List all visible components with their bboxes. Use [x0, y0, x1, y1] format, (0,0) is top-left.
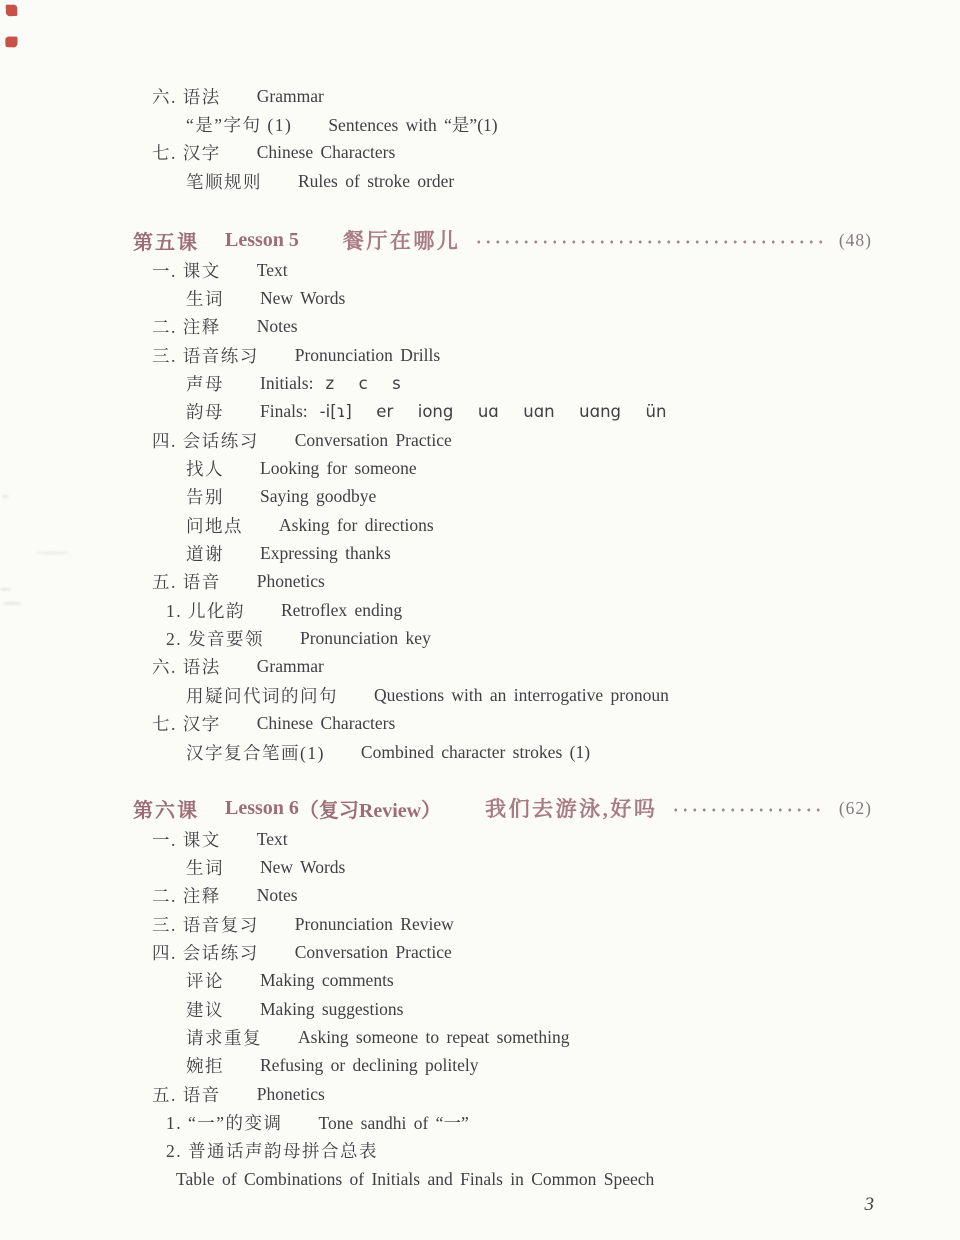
toc-row-english: Conversation Practice — [295, 942, 452, 963]
toc-row-chinese: 婉拒 — [186, 1053, 224, 1078]
toc-row: 笔顺规则Rules of stroke order — [0, 167, 960, 195]
toc-row-chinese: 1. 儿化韵 — [166, 598, 245, 623]
toc-row: 问地点Asking for directions — [0, 511, 960, 539]
toc-row: 1. “一”的变调Tone sandhi of “一” — [0, 1108, 960, 1136]
toc-row: Table of Combinations of Initials and Fi… — [0, 1165, 960, 1193]
toc-row-chinese: 五. 语音 — [152, 569, 221, 594]
toc-row-chinese: 2. 普通话声韵母拼合总表 — [166, 1138, 378, 1163]
toc-row-chinese: 2. 发音要领 — [166, 626, 264, 651]
toc-row: 七. 汉字Chinese Characters — [0, 139, 960, 167]
lesson-title: 我们去游泳,好吗 — [485, 793, 657, 823]
lesson5-contents: 一. 课文Text生词New Words二. 注释Notes三. 语音练习Pro… — [0, 256, 960, 766]
toc-row: 建议Making suggestions — [0, 995, 960, 1023]
lesson5-header: 第五课 Lesson 5 餐厅在哪儿 (48) — [133, 222, 872, 258]
lesson-label-extra: （复习Review） — [299, 794, 441, 823]
toc-row: “是”字句 (1)Sentences with “是”(1) — [0, 110, 960, 138]
lesson-title: 餐厅在哪儿 — [343, 225, 461, 255]
toc-row-chinese: 四. 会话练习 — [152, 940, 259, 965]
toc-row: 韵母Finals:-i[ɿ] er iong uɑ uɑn uɑng ün — [0, 398, 960, 426]
toc-row-chinese: 问地点 — [186, 513, 243, 538]
toc-row-english: New Words — [260, 857, 345, 878]
toc-row-english: Asking someone to repeat something — [298, 1027, 570, 1048]
toc-row: 五. 语音Phonetics — [0, 568, 960, 596]
toc-row-chinese: 七. 汉字 — [152, 140, 221, 165]
toc-row: 用疑问代词的问句Questions with an interrogative … — [0, 681, 960, 709]
toc-row-english: Pronunciation Review — [295, 914, 454, 935]
toc-row-english: Notes — [257, 885, 298, 906]
toc-row-english: Initials: — [260, 373, 313, 394]
toc-row-english: Grammar — [257, 86, 324, 107]
lesson-number-chinese: 第五课 — [133, 226, 199, 255]
toc-row: 七. 汉字Chinese Characters — [0, 710, 960, 738]
toc-row-english: Finals: — [260, 401, 308, 422]
toc-row-chinese: 韵母 — [186, 399, 224, 424]
toc-row-chinese: 告别 — [186, 484, 224, 509]
toc-row-english: Pronunciation Drills — [295, 345, 440, 366]
toc-row: 二. 注释Notes — [0, 882, 960, 910]
red-ink-mark — [4, 3, 18, 17]
toc-row-english: Text — [257, 829, 288, 850]
toc-row-chinese: 生词 — [186, 286, 224, 311]
toc-row: 找人Looking for someone — [0, 454, 960, 482]
toc-row-english: Chinese Characters — [257, 713, 396, 734]
toc-row: 二. 注释Notes — [0, 313, 960, 341]
lesson-page-number: (62) — [839, 798, 872, 819]
toc-row-english: New Words — [260, 288, 345, 309]
folio-page-number: 3 — [865, 1194, 875, 1216]
toc-row: 一. 课文Text — [0, 825, 960, 853]
toc-row-english: Grammar — [257, 656, 324, 677]
toc-row-english: Saying goodbye — [260, 486, 376, 507]
toc-row: 四. 会话练习Conversation Practice — [0, 938, 960, 966]
toc-row-english: Combined character strokes (1) — [361, 742, 590, 763]
toc-row-english: Text — [257, 260, 288, 281]
toc-row-english: Asking for directions — [279, 515, 434, 536]
lesson-number-chinese: 第六课 — [133, 794, 199, 823]
toc-row-chinese: 笔顺规则 — [186, 169, 262, 194]
toc-row-english: Refusing or declining politely — [260, 1055, 478, 1076]
toc-row-english: Making suggestions — [260, 999, 404, 1020]
dot-leader — [474, 238, 824, 246]
toc-row: 一. 课文Text — [0, 256, 960, 284]
toc-row: 婉拒Refusing or declining politely — [0, 1052, 960, 1080]
toc-row-chinese: 一. 课文 — [152, 258, 221, 283]
toc-row-chinese: 请求重复 — [186, 1025, 262, 1050]
toc-row-chinese: 五. 语音 — [152, 1082, 221, 1107]
toc-row: 汉字复合笔画(1)Combined character strokes (1) — [0, 738, 960, 766]
toc-row-chinese: 三. 语音练习 — [152, 343, 259, 368]
toc-row: 四. 会话练习Conversation Practice — [0, 426, 960, 454]
toc-row-english: Phonetics — [257, 1084, 325, 1105]
lesson-page-number: (48) — [839, 230, 872, 251]
lesson6-contents: 一. 课文Text生词New Words二. 注释Notes三. 语音复习Pro… — [0, 825, 960, 1193]
toc-row-pinyin: -i[ɿ] er iong uɑ uɑn uɑng ün — [320, 402, 667, 421]
toc-row: 告别Saying goodbye — [0, 483, 960, 511]
toc-row-chinese: 二. 注释 — [152, 314, 221, 339]
toc-row: 六. 语法Grammar — [0, 82, 960, 110]
previous-lesson-contents: 六. 语法Grammar“是”字句 (1)Sentences with “是”(… — [0, 82, 960, 195]
toc-row-chinese: 建议 — [186, 997, 224, 1022]
toc-row-chinese: 生词 — [186, 855, 224, 880]
lesson-label: Lesson 6 — [225, 797, 299, 820]
toc-row-chinese: 声母 — [186, 371, 224, 396]
toc-row: 2. 发音要领Pronunciation key — [0, 624, 960, 652]
toc-row-english: Phonetics — [257, 571, 325, 592]
toc-row-english: Conversation Practice — [295, 430, 452, 451]
toc-row-chinese: 四. 会话练习 — [152, 428, 259, 453]
lesson6-header: 第六课 Lesson 6 （复习Review） 我们去游泳,好吗 (62) — [133, 790, 872, 826]
dot-leader — [671, 806, 824, 814]
toc-row-chinese: 二. 注释 — [152, 883, 221, 908]
toc-row: 生词New Words — [0, 284, 960, 312]
toc-row-english: Sentences with “是”(1) — [328, 112, 497, 137]
toc-row: 道谢Expressing thanks — [0, 539, 960, 567]
toc-row: 生词New Words — [0, 853, 960, 881]
toc-row-english: Expressing thanks — [260, 543, 391, 564]
toc-row-chinese: 道谢 — [186, 541, 224, 566]
toc-row-chinese: 一. 课文 — [152, 827, 221, 852]
red-ink-mark — [5, 35, 19, 48]
toc-row-english: Chinese Characters — [257, 142, 396, 163]
toc-row-chinese: 找人 — [186, 456, 224, 481]
toc-row: 1. 儿化韵Retroflex ending — [0, 596, 960, 624]
toc-row-chinese: 三. 语音复习 — [152, 912, 259, 937]
toc-row-english: Tone sandhi of “一” — [319, 1110, 469, 1135]
toc-row-chinese: 用疑问代词的问句 — [186, 683, 338, 708]
toc-row-english: Rules of stroke order — [298, 171, 454, 192]
toc-row: 三. 语音练习Pronunciation Drills — [0, 341, 960, 369]
toc-row-chinese: 六. 语法 — [152, 84, 221, 109]
toc-row-chinese: “是”字句 (1) — [186, 112, 292, 137]
toc-row-pinyin: z c s — [325, 374, 400, 393]
toc-row: 评论Making comments — [0, 967, 960, 995]
toc-row-english: Questions with an interrogative pronoun — [374, 685, 669, 706]
toc-row: 五. 语音Phonetics — [0, 1080, 960, 1108]
toc-row-english: Retroflex ending — [281, 600, 402, 621]
toc-row-chinese: 汉字复合笔画(1) — [186, 740, 325, 765]
toc-row-english: Notes — [257, 316, 298, 337]
toc-row-chinese: 六. 语法 — [152, 654, 221, 679]
toc-row-english: Table of Combinations of Initials and Fi… — [176, 1169, 654, 1190]
toc-row: 2. 普通话声韵母拼合总表 — [0, 1137, 960, 1165]
toc-row-chinese: 1. “一”的变调 — [166, 1110, 283, 1135]
toc-row: 六. 语法Grammar — [0, 653, 960, 681]
toc-row: 请求重复Asking someone to repeat something — [0, 1023, 960, 1051]
toc-row-chinese: 评论 — [186, 968, 224, 993]
toc-row-english: Pronunciation key — [300, 628, 431, 649]
toc-row: 三. 语音复习Pronunciation Review — [0, 910, 960, 938]
toc-row-english: Making comments — [260, 970, 394, 991]
lesson-label: Lesson 5 — [225, 229, 299, 252]
toc-row: 声母Initials:z c s — [0, 369, 960, 397]
toc-row-chinese: 七. 汉字 — [152, 711, 221, 736]
toc-row-english: Looking for someone — [260, 458, 417, 479]
